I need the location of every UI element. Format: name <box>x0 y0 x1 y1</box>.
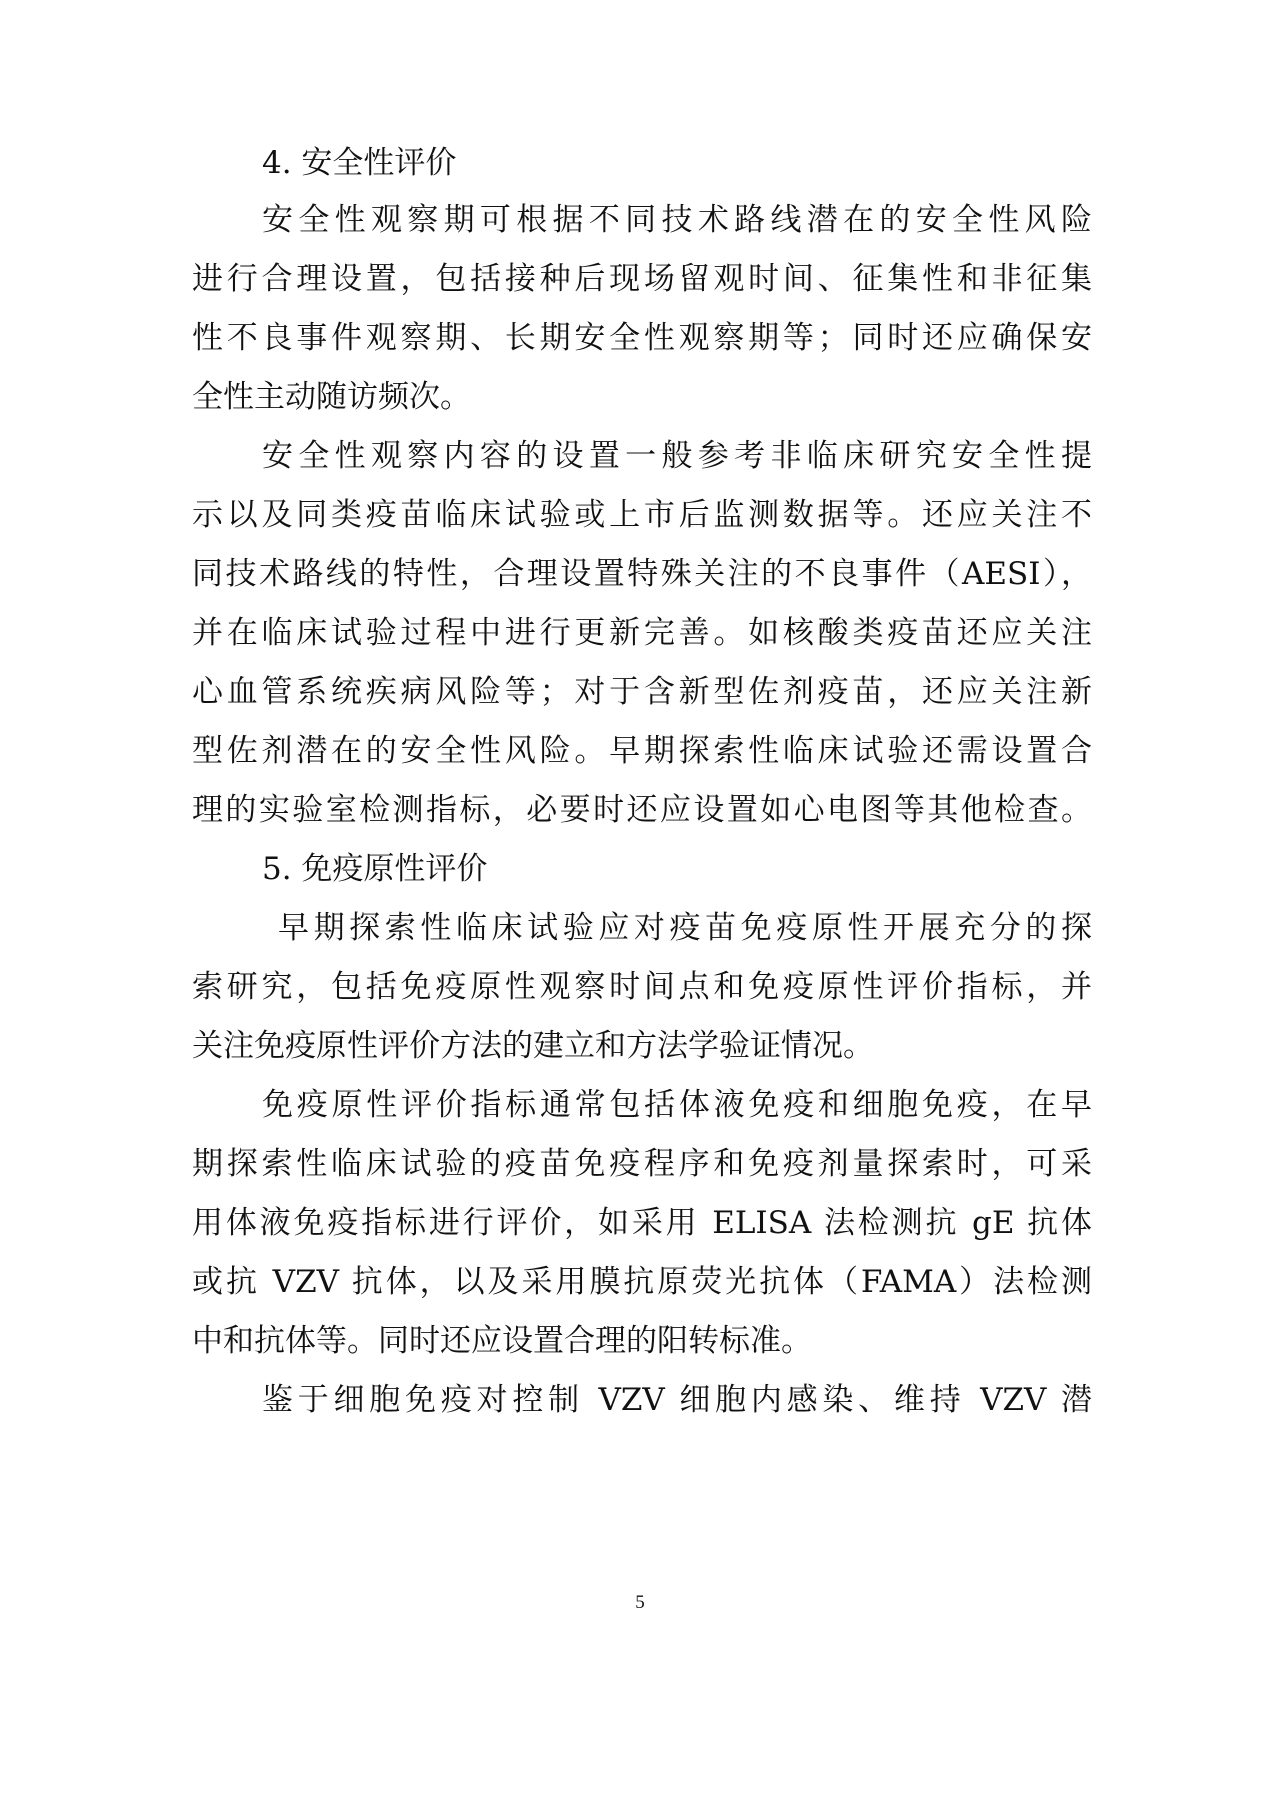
paragraph-line: 示以及同类疫苗临床试验或上市后监测数据等。还应关注不 <box>192 495 1092 535</box>
paragraph-line: 用体液免疫指标进行评价，如采用 ELISA 法检测抗 gE 抗体 <box>192 1203 1092 1243</box>
paragraph-line: 型佐剂潜在的安全性风险。早期探索性临床试验还需设置合 <box>192 731 1092 771</box>
paragraph-line: 安全性观察期可根据不同技术路线潜在的安全性风险 <box>262 200 1092 240</box>
paragraph-line: 期探索性临床试验的疫苗免疫程序和免疫剂量探索时，可采 <box>192 1144 1092 1184</box>
paragraph-line: 心血管系统疾病风险等；对于含新型佐剂疫苗，还应关注新 <box>192 672 1092 712</box>
paragraph-line: 免疫原性评价指标通常包括体液免疫和细胞免疫，在早 <box>262 1085 1092 1125</box>
paragraph-line: 鉴于细胞免疫对控制 VZV 细胞内感染、维持 VZV 潜 <box>262 1380 1092 1420</box>
section-heading-safety: 4. 安全性评价 <box>262 143 456 183</box>
paragraph-line: 安全性观察内容的设置一般参考非临床研究安全性提 <box>262 436 1092 476</box>
page-number: 5 <box>0 1592 1280 1614</box>
section-heading-immunogenicity: 5. 免疫原性评价 <box>262 849 487 889</box>
paragraph-line: 关注免疫原性评价方法的建立和方法学验证情况。 <box>192 1026 1092 1066</box>
paragraph-line: 并在临床试验过程中进行更新完善。如核酸类疫苗还应关注 <box>192 613 1092 653</box>
paragraph-line: 全性主动随访频次。 <box>192 377 1092 417</box>
paragraph-line: 早期探索性临床试验应对疫苗免疫原性开展充分的探 <box>278 908 1092 948</box>
paragraph-line: 或抗 VZV 抗体，以及采用膜抗原荧光抗体（FAMA）法检测 <box>192 1262 1092 1302</box>
paragraph-line: 索研究，包括免疫原性观察时间点和免疫原性评价指标，并 <box>192 967 1092 1007</box>
paragraph-line: 进行合理设置，包括接种后现场留观时间、征集性和非征集 <box>192 259 1092 299</box>
document-page: 4. 安全性评价 安全性观察期可根据不同技术路线潜在的安全性风险 进行合理设置，… <box>0 0 1280 1810</box>
paragraph-line: 理的实验室检测指标，必要时还应设置如心电图等其他检查。 <box>192 790 1092 830</box>
paragraph-line: 性不良事件观察期、长期安全性观察期等；同时还应确保安 <box>192 318 1092 358</box>
paragraph-line: 同技术路线的特性，合理设置特殊关注的不良事件（AESI）， <box>192 554 1092 594</box>
paragraph-line: 中和抗体等。同时还应设置合理的阳转标准。 <box>192 1321 1092 1361</box>
